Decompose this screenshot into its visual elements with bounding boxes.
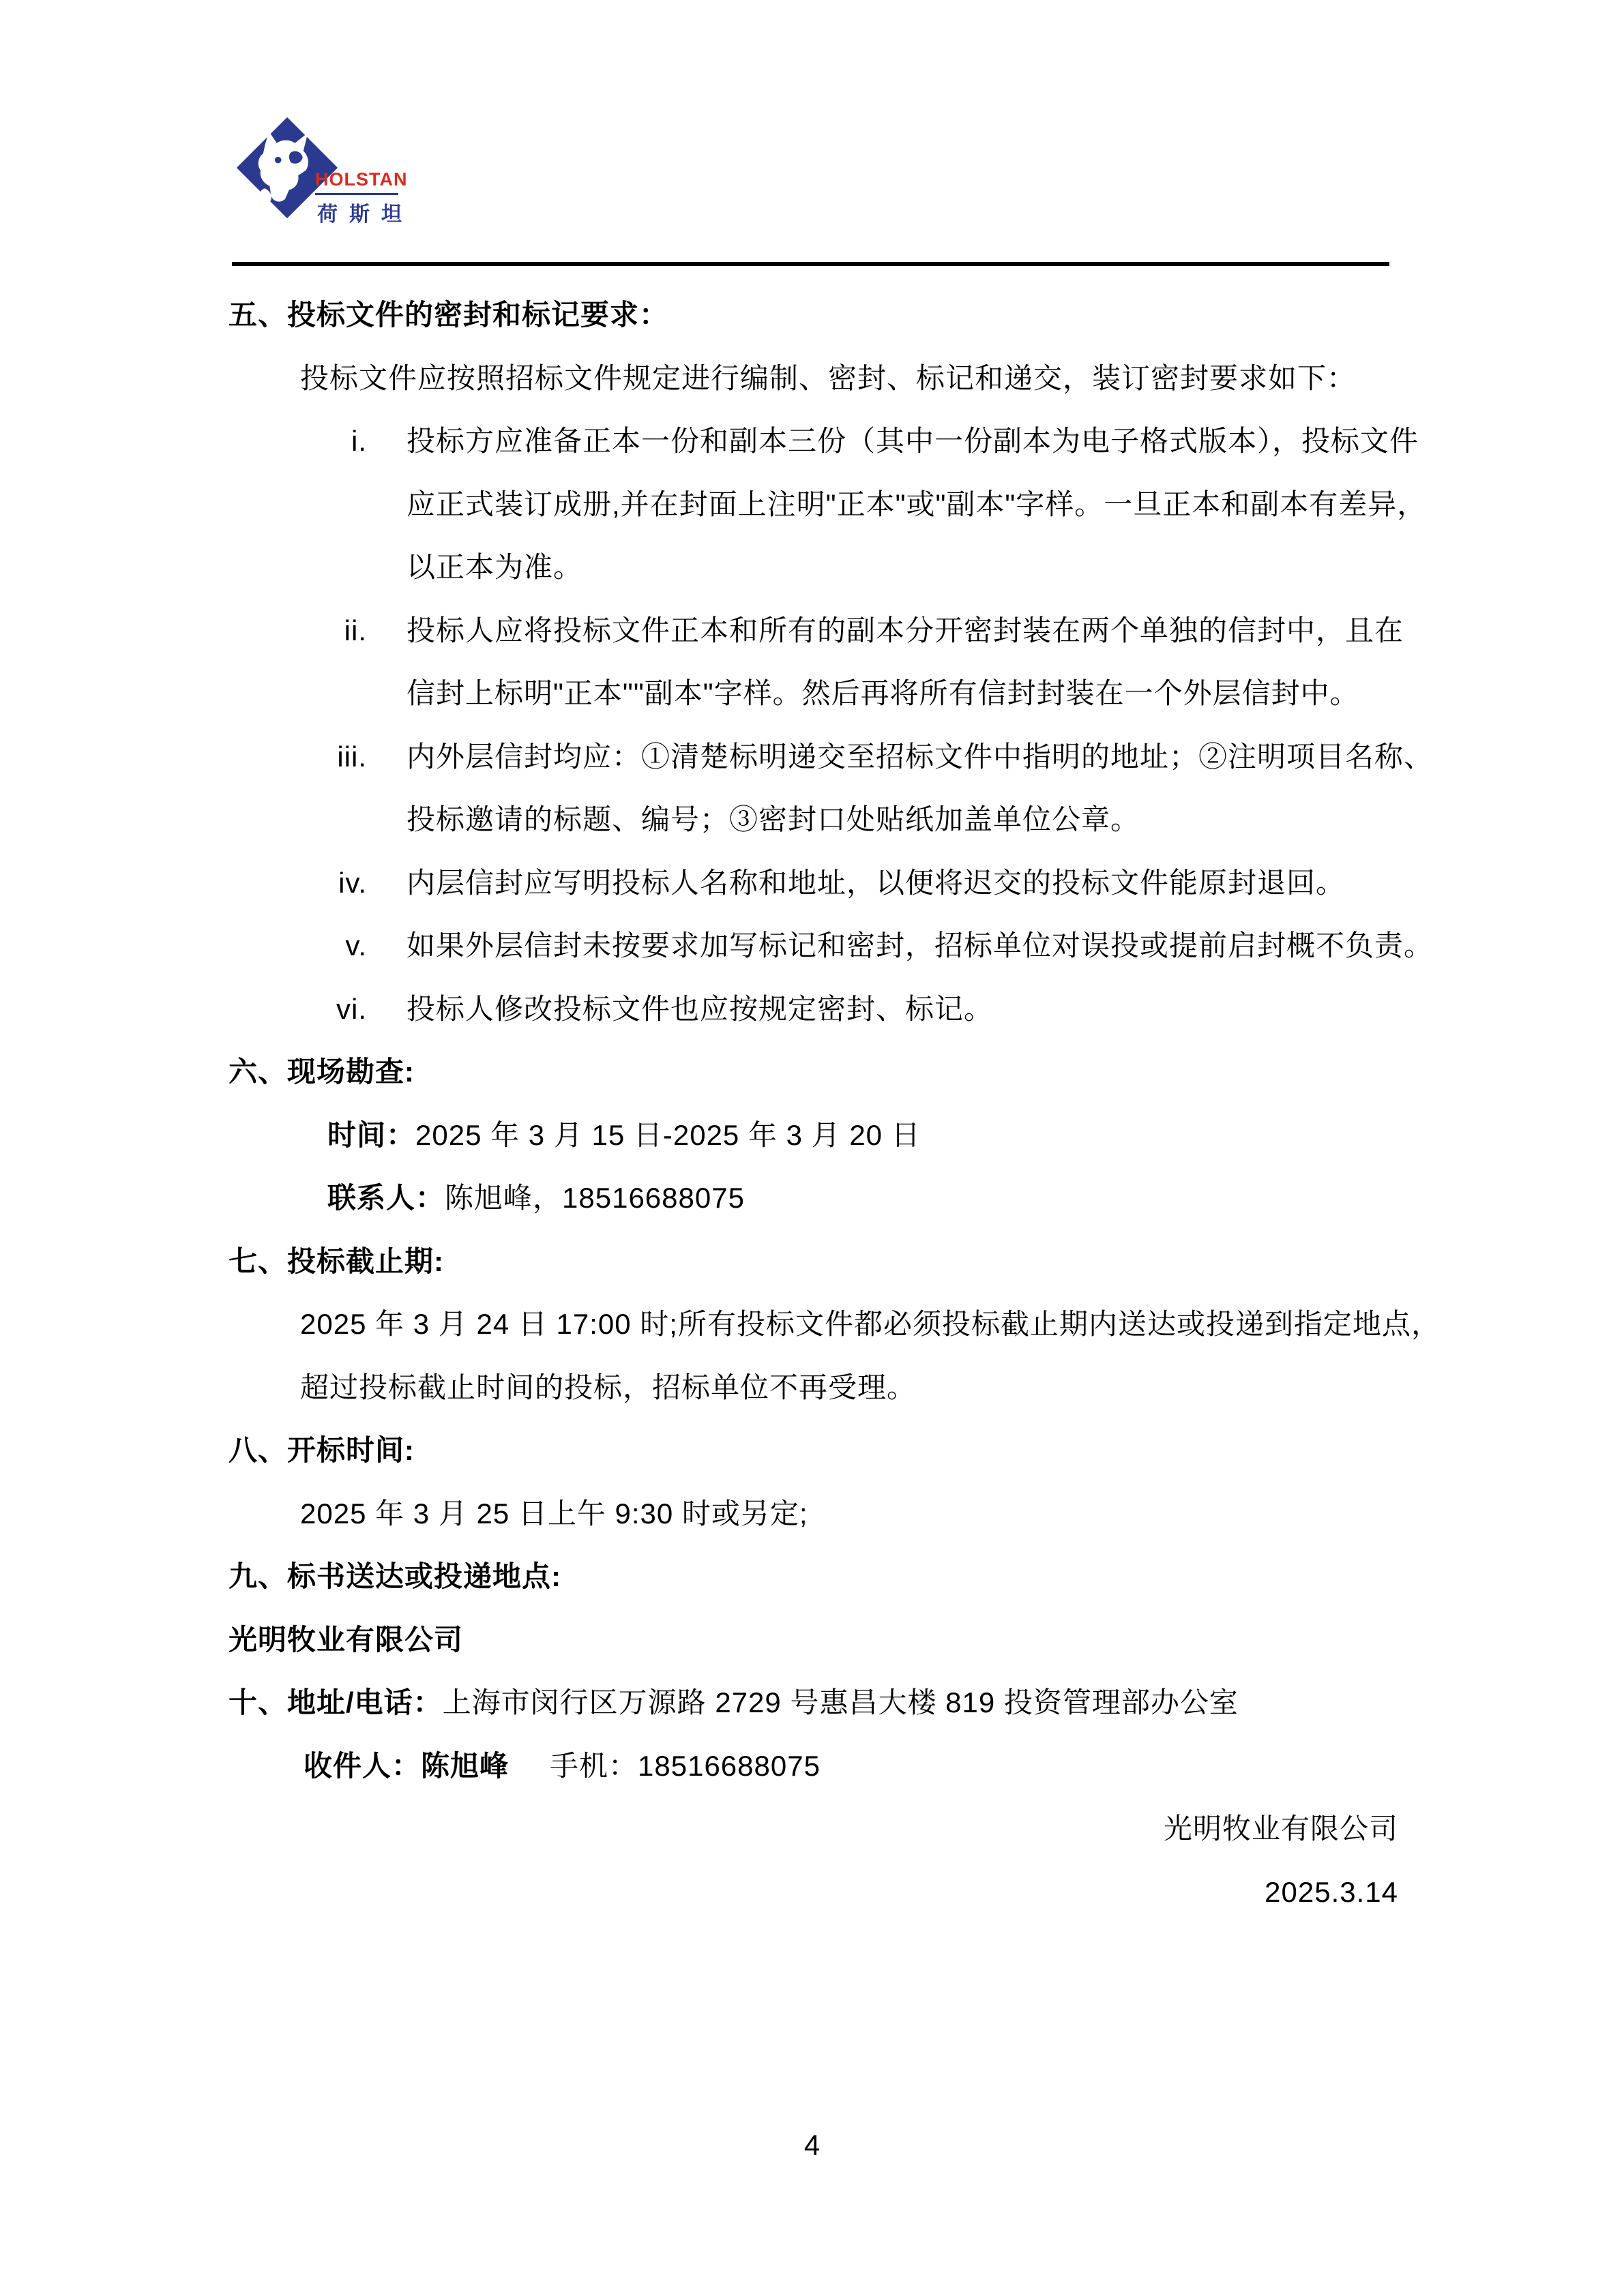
section10-heading-label: 十、地址/电话：: [228, 1686, 443, 1718]
list-item-i-cont-2: 以正本为准。: [407, 550, 582, 584]
signature-date: 2025.3.14: [1265, 1875, 1398, 1909]
list-marker-i: i.: [286, 424, 367, 458]
recipient-line: 收件人：陈旭峰手机：18516688075: [304, 1749, 821, 1783]
logo-brand-cn: 荷斯坦: [317, 197, 413, 227]
section6-contact-line: 联系人：陈旭峰，18516688075: [327, 1181, 745, 1215]
section9-heading: 九、标书送达或投递地点:: [228, 1560, 561, 1594]
list-item-vi: vi.投标人修改投标文件也应按规定密封、标记。: [286, 992, 993, 1026]
section7-heading: 七、投标截止期:: [228, 1244, 444, 1279]
document-page: HOLSTAN 荷斯坦 五、投标文件的密封和标记要求： 投标文件应按照招标文件规…: [0, 0, 1624, 2296]
page-number: 4: [0, 2129, 1624, 2162]
section7-line-2: 超过投标截止时间的投标，招标单位不再受理。: [300, 1371, 916, 1405]
logo-brand-en: HOLSTAN: [315, 169, 408, 190]
section5-heading: 五、投标文件的密封和标记要求：: [228, 298, 668, 332]
time-value: 2025 年 3 月 15 日-2025 年 3 月 20 日: [415, 1119, 921, 1151]
section9-company: 光明牧业有限公司: [228, 1623, 463, 1657]
list-item-iv-text: 内层信封应写明投标人名称和地址，以便将迟交的投标文件能原封退回。: [407, 867, 1345, 899]
list-item-ii-text: 投标人应将投标文件正本和所有的副本分开密封装在两个单独的信封中，且在: [407, 614, 1404, 646]
section7-line-1: 2025 年 3 月 24 日 17:00 时;所有投标文件都必须投标截止期内送…: [300, 1307, 1441, 1341]
section8-heading: 八、开标时间:: [228, 1433, 415, 1467]
list-marker-ii: ii.: [286, 614, 367, 648]
list-item-i: i.投标方应准备正本一份和副本三份（其中一份副本为电子格式版本），投标文件: [286, 424, 1419, 458]
section5-intro: 投标文件应按照招标文件规定进行编制、密封、标记和递交，装订密封要求如下：: [300, 361, 1356, 396]
recipient-phone: 手机：18516688075: [550, 1750, 821, 1782]
section10-line: 十、地址/电话：上海市闵行区万源路 2729 号惠昌大楼 819 投资管理部办公…: [228, 1686, 1239, 1720]
contact-value: 陈旭峰，18516688075: [445, 1182, 745, 1214]
recipient-name: 收件人：陈旭峰: [304, 1750, 509, 1782]
list-marker-vi: vi.: [286, 992, 367, 1026]
list-item-v-text: 如果外层信封未按要求加写标记和密封，招标单位对误投或提前启封概不负责。: [407, 929, 1433, 961]
section10-address: 上海市闵行区万源路 2729 号惠昌大楼 819 投资管理部办公室: [443, 1686, 1239, 1718]
list-item-iv: iv.内层信封应写明投标人名称和地址，以便将迟交的投标文件能原封退回。: [286, 866, 1345, 900]
section8-line-1: 2025 年 3 月 25 日上午 9:30 时或另定;: [300, 1497, 808, 1531]
list-item-ii-cont-1: 信封上标明"正本""副本"字样。然后再将所有信封封装在一个外层信封中。: [407, 676, 1359, 711]
list-item-ii: ii.投标人应将投标文件正本和所有的副本分开密封装在两个单独的信封中，且在: [286, 614, 1404, 648]
list-item-iii: iii.内外层信封均应：①清楚标明递交至招标文件中指明的地址；②注明项目名称、: [286, 740, 1433, 774]
signature-company: 光明牧业有限公司: [1164, 1812, 1398, 1846]
list-item-iii-text: 内外层信封均应：①清楚标明递交至招标文件中指明的地址；②注明项目名称、: [407, 741, 1433, 773]
section6-time-line: 时间：2025 年 3 月 15 日-2025 年 3 月 20 日: [327, 1118, 921, 1152]
company-logo: HOLSTAN 荷斯坦: [232, 110, 423, 226]
list-marker-iii: iii.: [286, 740, 367, 774]
section6-heading: 六、现场勘查:: [228, 1055, 415, 1089]
list-marker-iv: iv.: [286, 866, 367, 900]
list-item-i-text: 投标方应准备正本一份和副本三份（其中一份副本为电子格式版本），投标文件: [407, 425, 1419, 457]
list-marker-v: v.: [286, 929, 367, 963]
list-item-vi-text: 投标人修改投标文件也应按规定密封、标记。: [407, 993, 993, 1025]
list-item-i-cont-1: 应正式装订成册,并在封面上注明"正本"或"副本"字样。一旦正本和副本有差异，: [407, 488, 1426, 522]
logo-underline: [315, 193, 398, 195]
header-rule: [232, 262, 1389, 266]
list-item-v: v.如果外层信封未按要求加写标记和密封，招标单位对误投或提前启封概不负责。: [286, 929, 1433, 963]
contact-label: 联系人：: [327, 1182, 445, 1214]
list-item-iii-cont-1: 投标邀请的标题、编号；③密封口处贴纸加盖单位公章。: [407, 803, 1140, 837]
time-label: 时间：: [327, 1119, 415, 1151]
